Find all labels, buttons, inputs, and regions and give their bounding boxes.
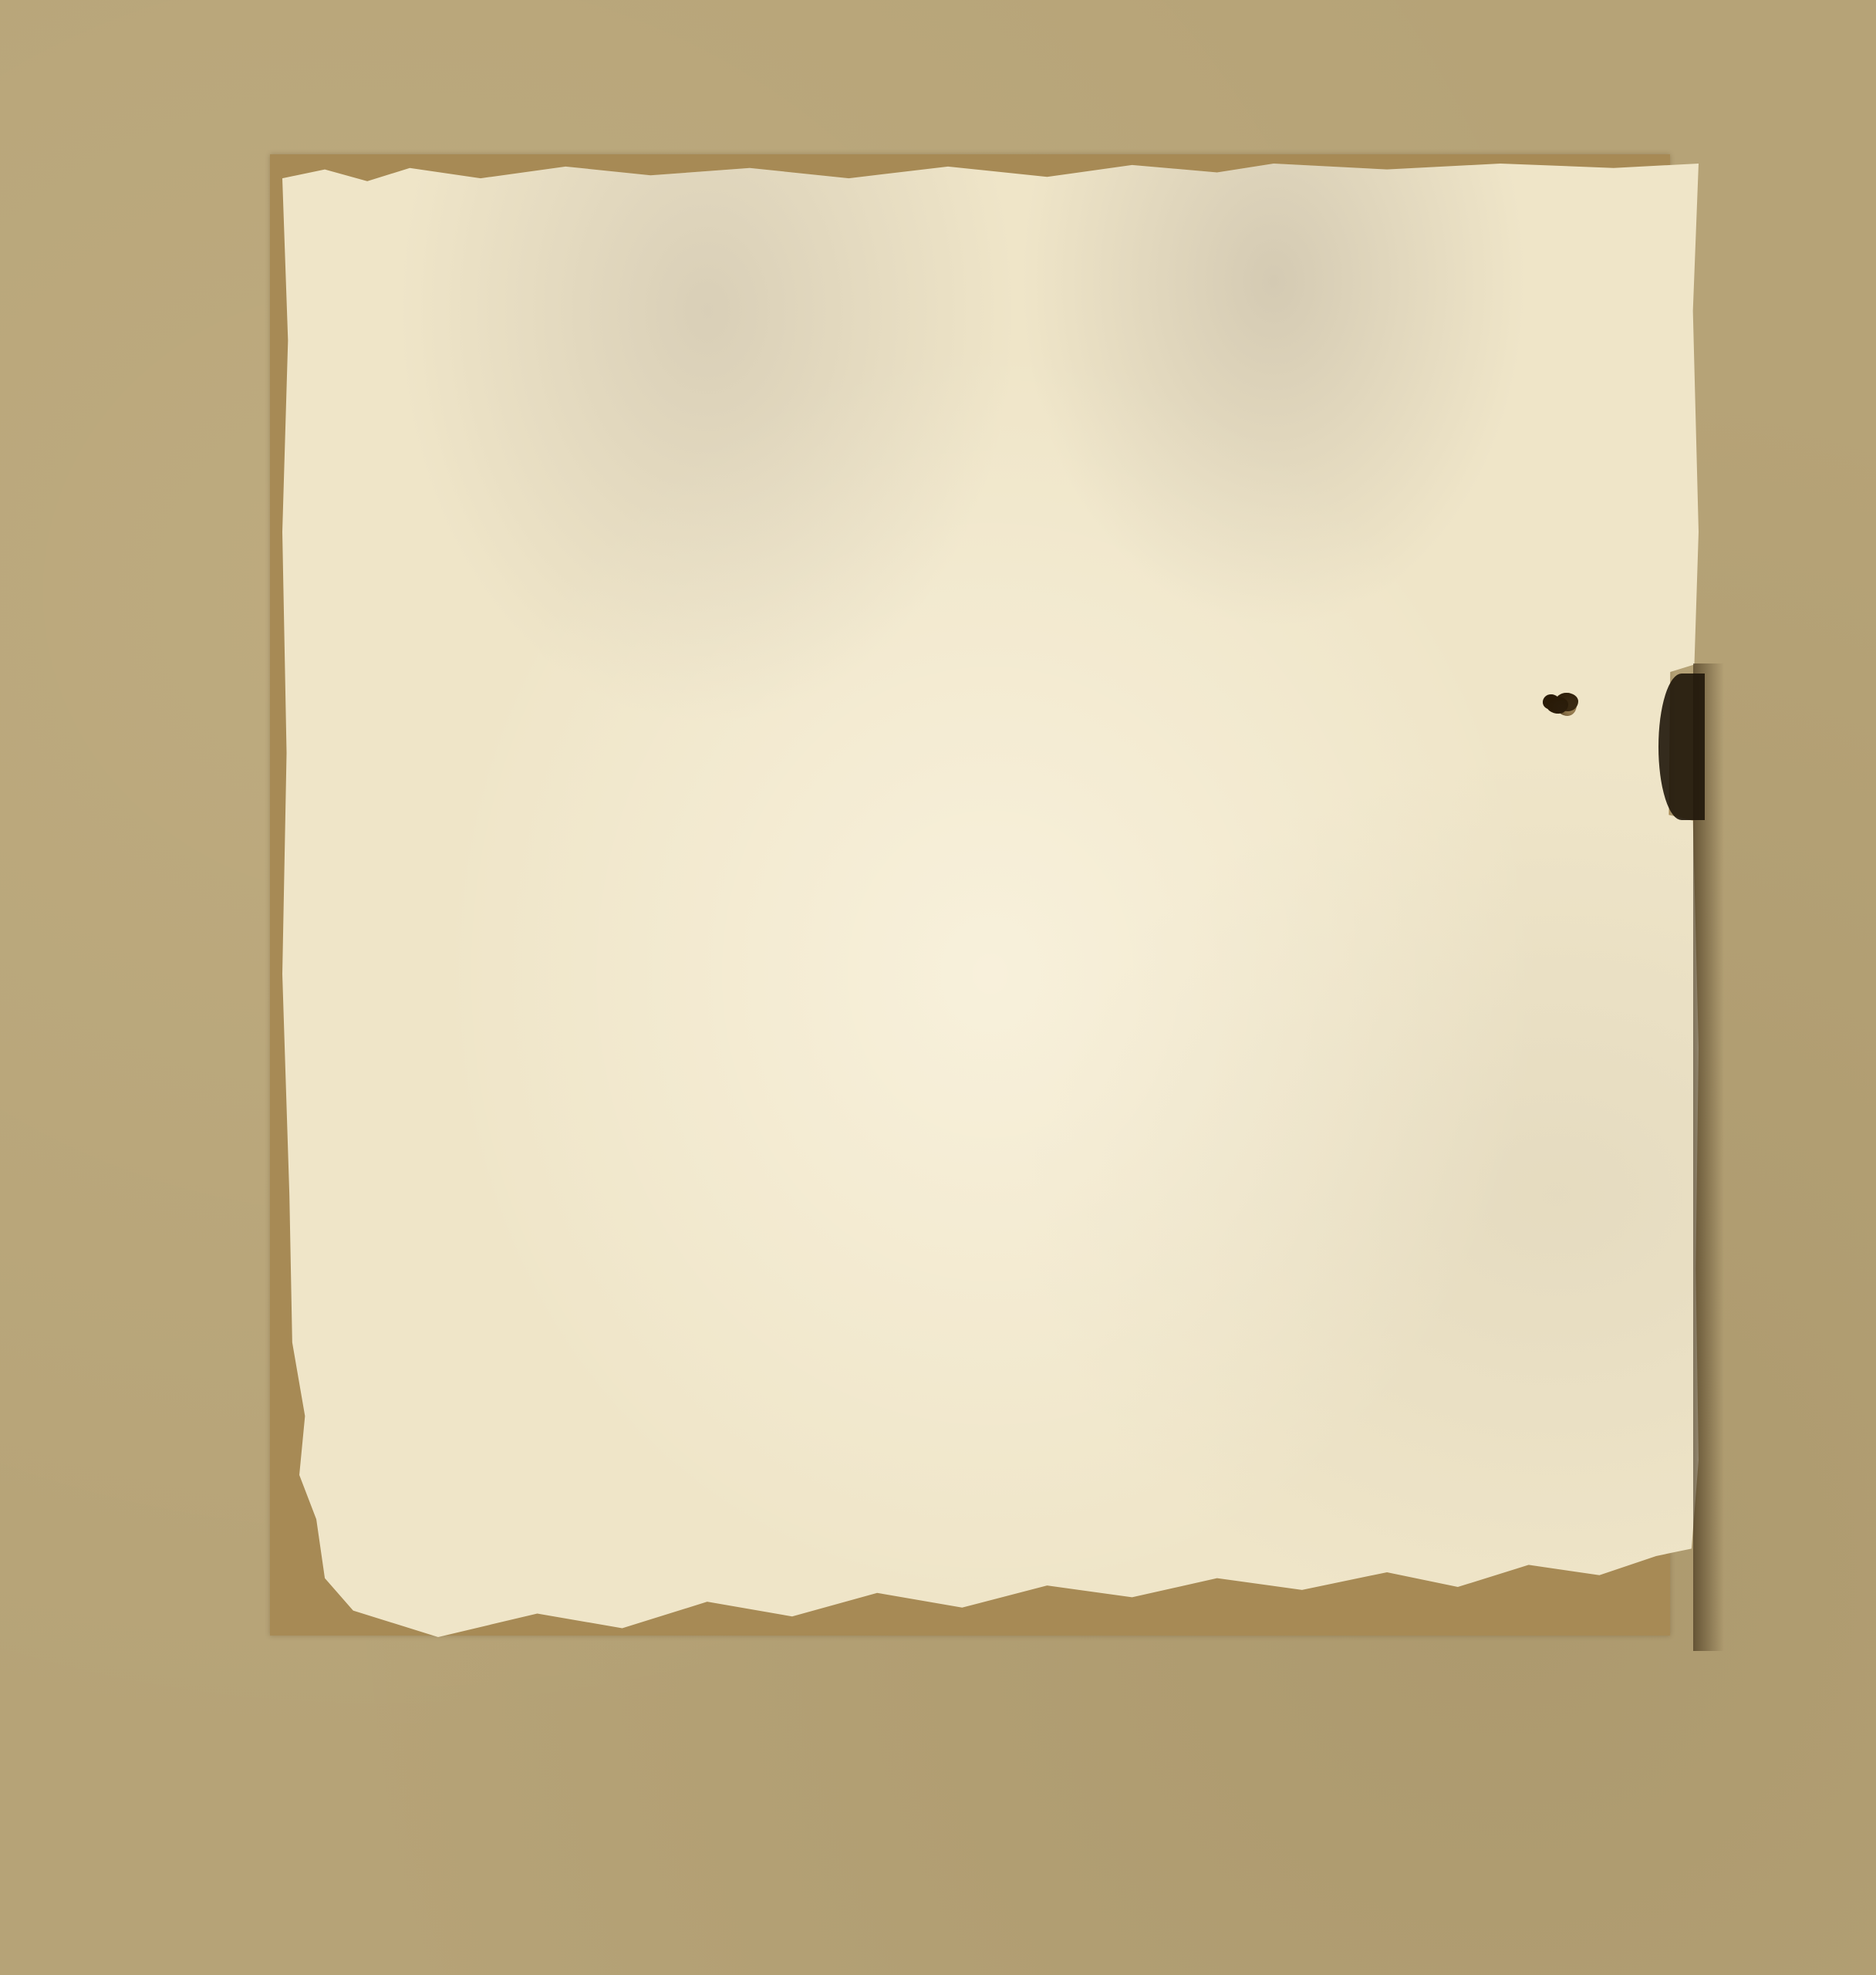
paper-hole: [1547, 697, 1568, 714]
edge-tear-notch: [1658, 674, 1705, 820]
photo-back-paper: [282, 164, 1699, 1637]
